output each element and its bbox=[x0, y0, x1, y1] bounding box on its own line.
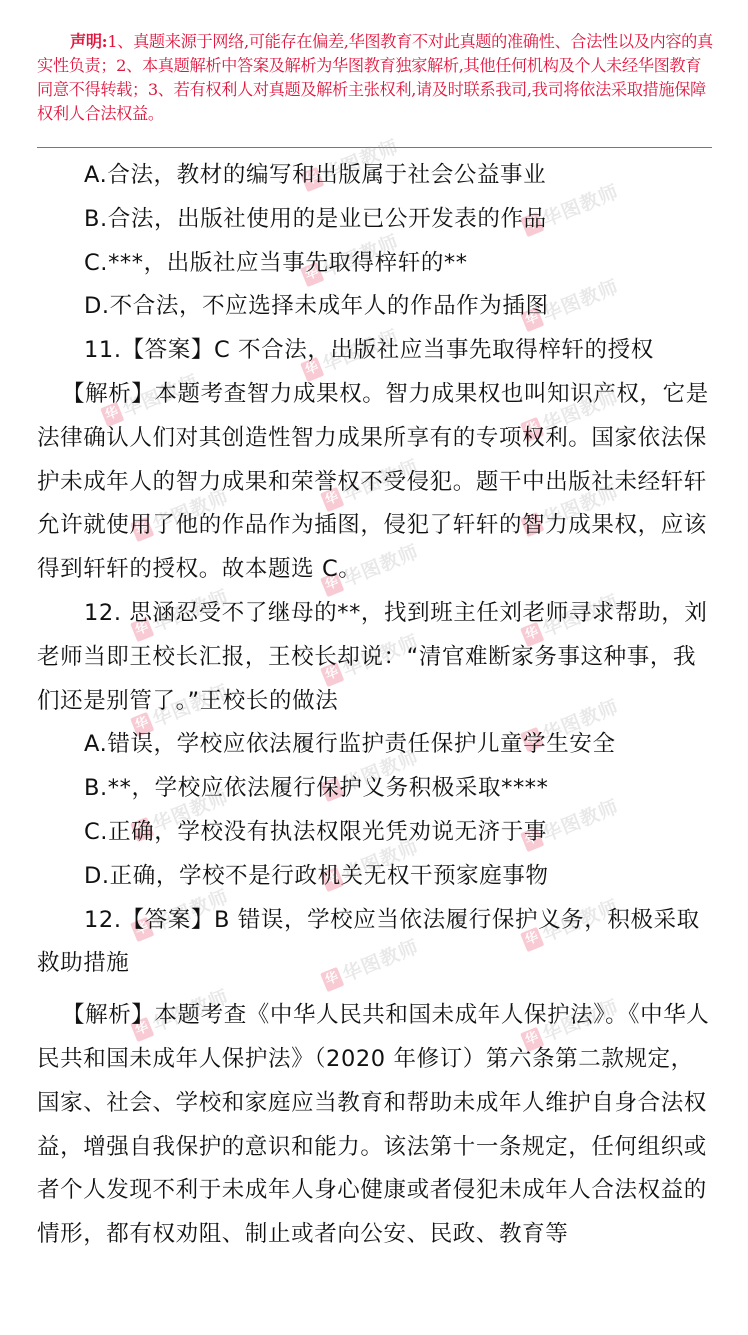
disclaimer-label: 声明: bbox=[70, 32, 107, 51]
disclaimer-text: 1、真题来源于网络,可能存在偏差,华图教育不对此真题的准确性、合法性以及内容的真… bbox=[37, 32, 713, 123]
q12-answer: 12.【答案】B 错误，学校应当依法履行保护义务，积极采取救助措施 bbox=[37, 899, 713, 987]
q11-option-a: A.合法，教材的编写和出版属于社会公益事业 bbox=[37, 154, 713, 198]
q11-answer: 11.【答案】C 不合法，出版社应当事先取得梓轩的授权 bbox=[37, 329, 713, 373]
q12-analysis: 【解析】本题考查《中华人民共和国未成年人保护法》。《中华人民共和国未成年人保护法… bbox=[37, 994, 713, 1257]
q12-stem: 12. 思涵忍受不了继母的**，找到班主任刘老师寻求帮助，刘老师当即王校长汇报，… bbox=[37, 592, 713, 723]
q11-analysis: 【解析】本题考查智力成果权。智力成果权也叫知识产权，它是法律确认人们对其创造性智… bbox=[37, 373, 713, 592]
q12-option-d: D.正确，学校不是行政机关无权干预家庭事物 bbox=[37, 855, 713, 899]
q12-option-c: C.正确，学校没有执法权限光凭劝说无济于事 bbox=[37, 811, 713, 855]
q12-option-b: B.**，学校应依法履行保护义务积极采取**** bbox=[37, 767, 713, 811]
question-content: A.合法，教材的编写和出版属于社会公益事业 B.合法，出版社使用的是业已公开发表… bbox=[37, 154, 713, 1257]
q11-option-d: D.不合法，不应选择未成年人的作品作为插图 bbox=[37, 285, 713, 329]
header-divider bbox=[37, 147, 712, 148]
q12-option-a: A.错误，学校应依法履行监护责任保护儿童学生安全 bbox=[37, 723, 713, 767]
document-page: 声明:1、真题来源于网络,可能存在偏差,华图教育不对此真题的准确性、合法性以及内… bbox=[0, 0, 748, 1335]
q11-option-b: B.合法，出版社使用的是业已公开发表的作品 bbox=[37, 198, 713, 242]
q11-option-c: C.***，出版社应当事先取得梓轩的** bbox=[37, 242, 713, 286]
copyright-disclaimer: 声明:1、真题来源于网络,可能存在偏差,华图教育不对此真题的准确性、合法性以及内… bbox=[37, 30, 713, 126]
